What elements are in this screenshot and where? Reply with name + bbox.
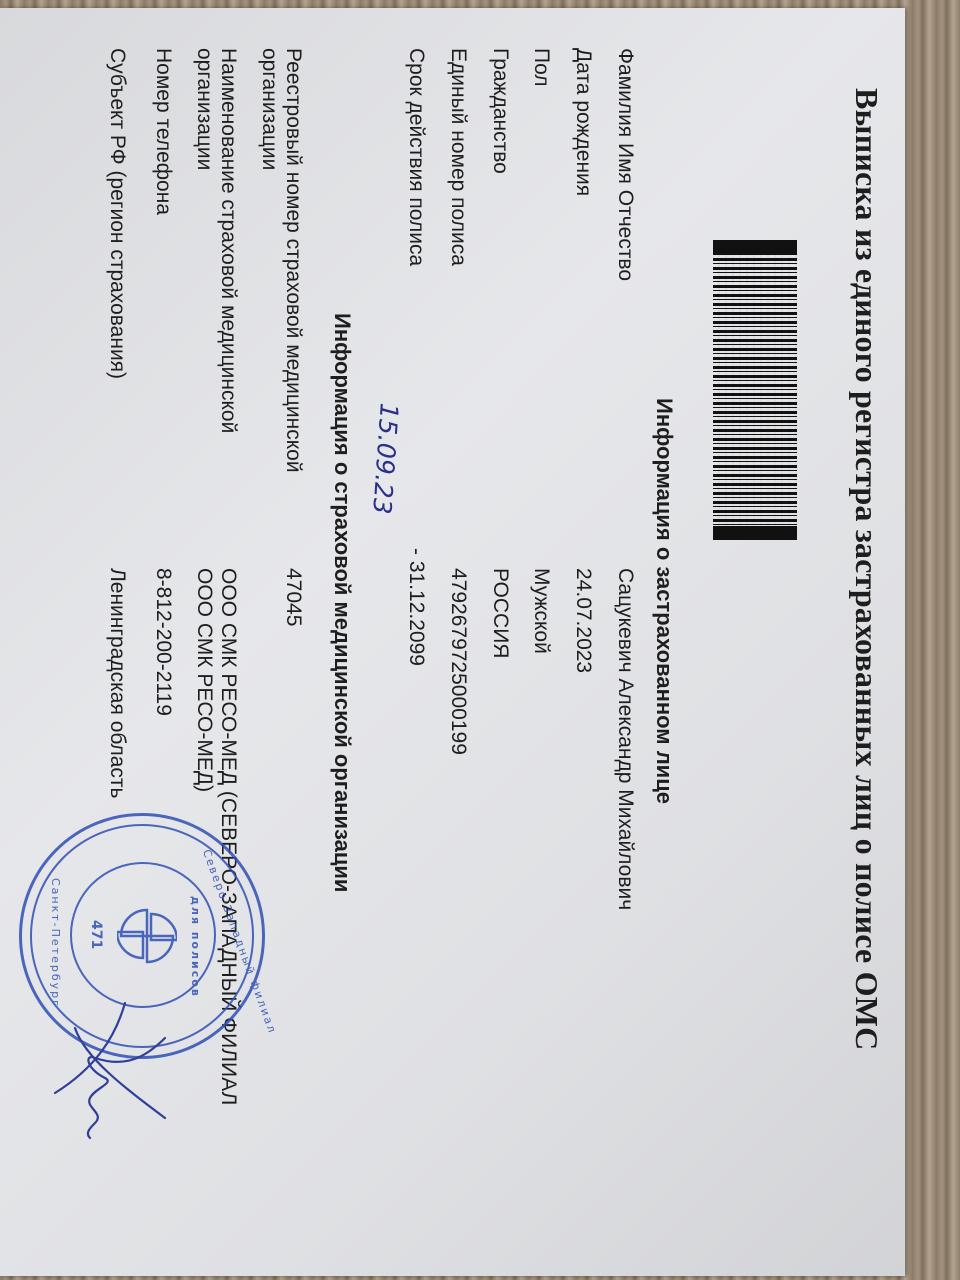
field-label-policy-number: Единый номер полиса	[446, 48, 470, 266]
insured-section-heading: Информация о застрахованном лице	[651, 398, 677, 804]
2d-barcode-icon	[713, 240, 797, 540]
field-value-policy-validity: - 31.12.2099	[404, 548, 428, 666]
field-label-org-name: Наименование страховой медицинской орган…	[192, 48, 240, 433]
field-label-citizenship: Гражданство	[488, 48, 512, 174]
field-label-birth-date: Дата рождения	[571, 48, 595, 196]
seal-inner-text: для полисов	[189, 896, 202, 998]
field-label-sex: Пол	[529, 48, 553, 87]
company-logo-icon	[117, 906, 177, 966]
seal-number: 471	[88, 920, 104, 949]
field-value-sex: Мужской	[529, 568, 553, 654]
handwritten-start-date: 15.09.23	[367, 402, 404, 515]
field-label-policy-validity: Срок действия полиса	[404, 48, 428, 266]
field-label-full-name: Фамилия Имя Отчество	[613, 48, 637, 281]
field-value-region: Ленинградская область	[105, 568, 129, 798]
field-label-region: Субъект РФ (регион страхования)	[105, 48, 129, 379]
org-section-heading: Информация о страховой медицинской орган…	[329, 313, 355, 892]
document-title: Выписка из единого регистра застрахованн…	[848, 88, 885, 1050]
field-label-phone: Номер телефона	[151, 48, 175, 215]
field-value-citizenship: РОССИЯ	[488, 568, 512, 658]
document: Выписка из единого регистра застрахованн…	[0, 8, 905, 1276]
field-value-registry-number: 47045	[281, 568, 305, 626]
paper-sheet: Выписка из единого регистра застрахованн…	[0, 8, 905, 1276]
field-value-policy-number: 4792679725000199	[446, 568, 470, 755]
field-value-phone: 8-812-200-2119	[151, 568, 175, 716]
seal-city-text: Санкт-Петербург	[49, 878, 62, 1008]
handwritten-signature-icon	[45, 998, 185, 1148]
field-value-full-name: Сацукевич Александр Михайлович	[613, 568, 637, 910]
field-label-registry-number: Реестровый номер страховой медицинской о…	[257, 48, 305, 473]
field-value-birth-date: 24.07.2023	[571, 568, 595, 673]
